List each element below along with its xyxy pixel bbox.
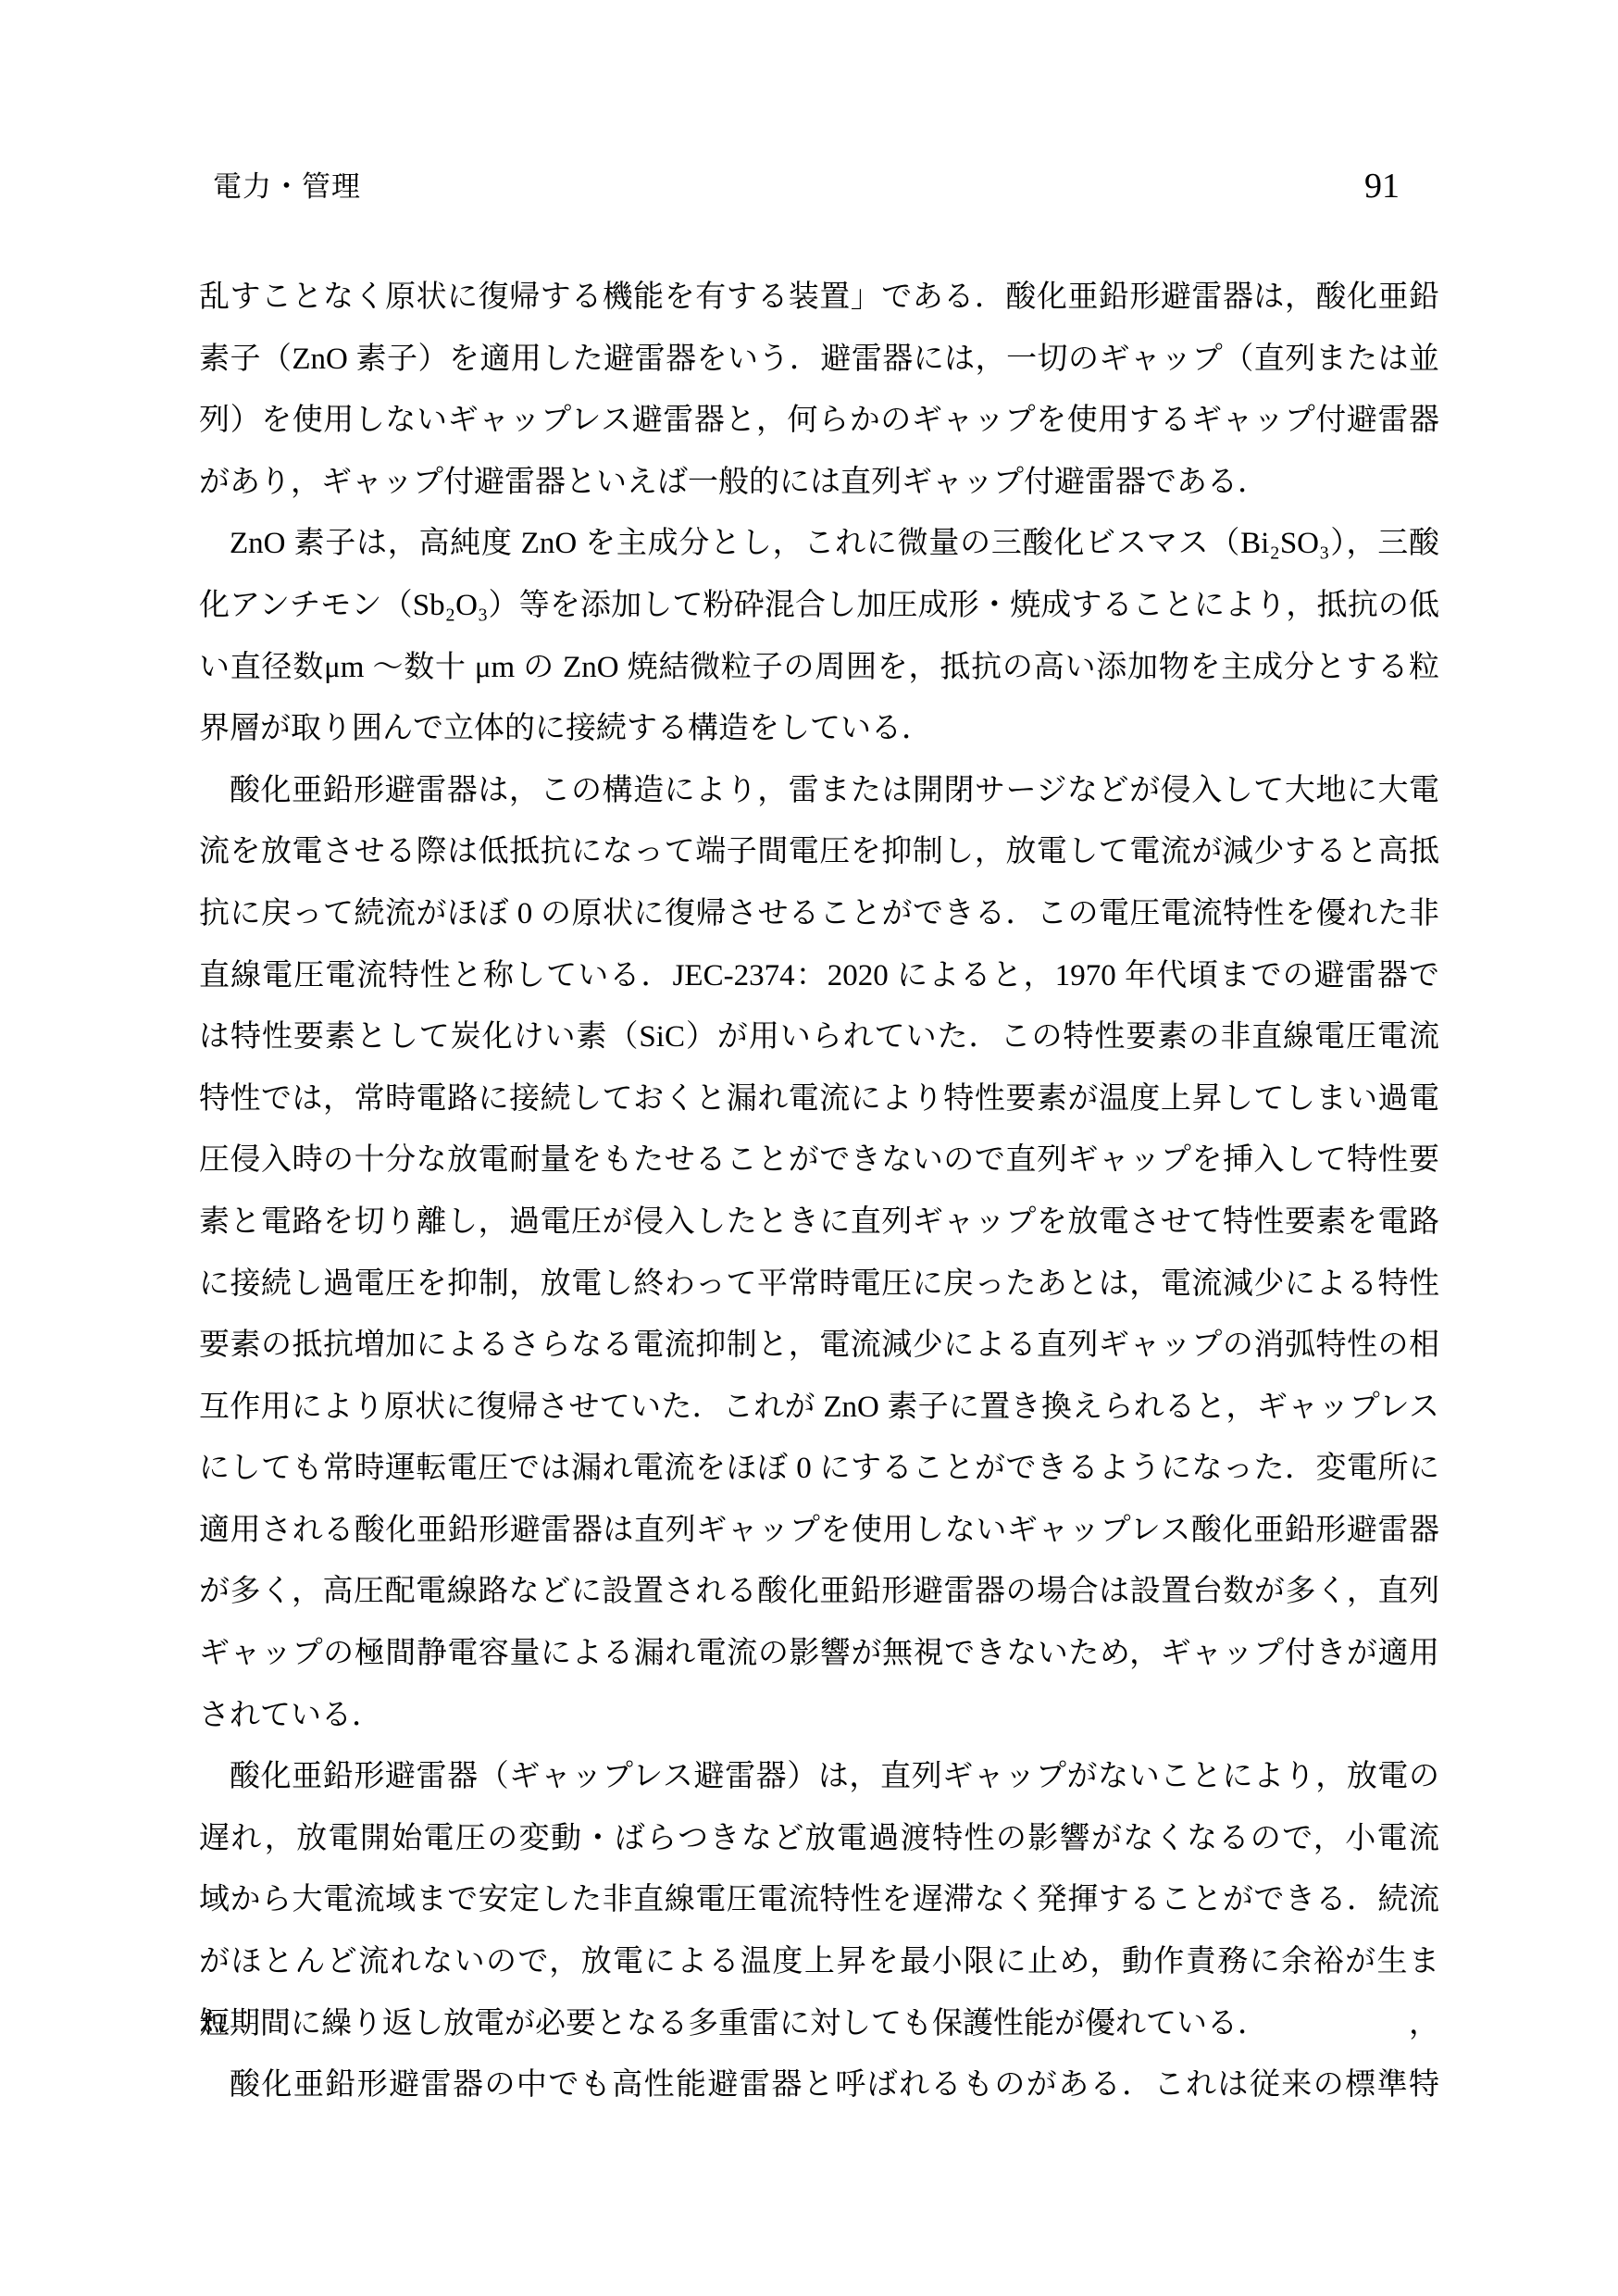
text-line: い直径数μm 〜数十 μm の ZnO 焼結微粒子の周囲を，抵抗の高い添加物を主… xyxy=(199,637,1439,699)
text-line: に接続し過電圧を抑制，放電し終わって平常時電圧に戻ったあとは，電流減少による特性 xyxy=(199,1254,1439,1316)
page-number: 91 xyxy=(1364,167,1400,206)
text-line: ZnO 素子は，高純度 ZnO を主成分とし，これに微量の三酸化ビスマス（Bi₂… xyxy=(199,513,1439,575)
text-line: 適用される酸化亜鉛形避雷器は直列ギャップを使用しないギャップレス酸化亜鉛形避雷器 xyxy=(199,1500,1439,1562)
text-line: 酸化亜鉛形避雷器は，この構造により，雷または開閉サージなどが侵入して大地に大電 xyxy=(199,760,1439,822)
text-line: 界層が取り囲んで立体的に接続する構造をしている． xyxy=(199,698,1439,760)
text-line: が多く，高圧配電線路などに設置される酸化亜鉛形避雷器の場合は設置台数が多く，直列 xyxy=(199,1561,1439,1623)
text-line: 列）を使用しないギャップレス避雷器と，何らかのギャップを使用するギャップ付避雷器 xyxy=(199,390,1439,452)
text-line: 化アンチモン（Sb₂O₃）等を添加して粉砕混合し加圧成形・焼成することにより，抵… xyxy=(199,575,1439,637)
text-line: 遅れ，放電開始電圧の変動・ばらつきなど放電過渡特性の影響がなくなるので，小電流 xyxy=(199,1808,1439,1870)
text-line: されている． xyxy=(199,1685,1439,1747)
text-line: がほとんど流れないので，放電による温度上昇を最小限に止め，動作責務に余裕が生まれ… xyxy=(199,1931,1439,1993)
text-line: は特性要素として炭化けい素（SiC）が用いられていた．この特性要素の非直線電圧電… xyxy=(199,1006,1439,1068)
text-line: 酸化亜鉛形避雷器の中でも高性能避雷器と呼ばれるものがある．これは従来の標準特 xyxy=(199,2054,1439,2116)
text-line: 酸化亜鉛形避雷器（ギャップレス避雷器）は，直列ギャップがないことにより，放電の xyxy=(199,1746,1439,1808)
text-line: 特性では，常時電路に接続しておくと漏れ電流により特性要素が温度上昇してしまい過電 xyxy=(199,1068,1439,1130)
text-line: 直線電圧電流特性と称している．JEC-2374：2020 によると，1970 年… xyxy=(199,945,1439,1007)
running-head: 電力・管理 xyxy=(213,170,361,204)
text-line: 素子（ZnO 素子）を適用した避雷器をいう．避雷器には，一切のギャップ（直列また… xyxy=(199,329,1439,391)
text-line: 域から大電流域まで安定した非直線電圧電流特性を遅滞なく発揮することができる．続流 xyxy=(199,1869,1439,1931)
text-line: にしても常時運転電圧では漏れ電流をほぼ 0 にすることができるようになった．変電… xyxy=(199,1438,1439,1500)
document-page: 電力・管理 91 乱すことなく原状に復帰する機能を有する装置」である．酸化亜鉛形… xyxy=(0,0,1618,2296)
text-line: ギャップの極間静電容量による漏れ電流の影響が無視できないため，ギャップ付きが適用 xyxy=(199,1623,1439,1685)
text-line: 流を放電させる際は低抵抗になって端子間電圧を抑制し，放電して電流が減少すると高抵 xyxy=(199,821,1439,883)
body-text: 乱すことなく原状に復帰する機能を有する装置」である．酸化亜鉛形避雷器は，酸化亜鉛… xyxy=(199,267,1439,2116)
text-line: 互作用により原状に復帰させていた．これが ZnO 素子に置き換えられると，ギャッ… xyxy=(199,1377,1439,1439)
text-line: 要素の抵抗増加によるさらなる電流抑制と，電流減少による直列ギャップの消弧特性の相 xyxy=(199,1315,1439,1377)
text-line: 圧侵入時の十分な放電耐量をもたせることができないので直列ギャップを挿入して特性要 xyxy=(199,1129,1439,1192)
text-line: 素と電路を切り離し，過電圧が侵入したときに直列ギャップを放電させて特性要素を電路 xyxy=(199,1192,1439,1254)
text-line: 短期間に繰り返し放電が必要となる多重雷に対しても保護性能が優れている． xyxy=(199,1993,1439,2055)
text-line: があり，ギャップ付避雷器といえば一般的には直列ギャップ付避雷器である． xyxy=(199,452,1439,514)
text-line: 乱すことなく原状に復帰する機能を有する装置」である．酸化亜鉛形避雷器は，酸化亜鉛 xyxy=(199,267,1439,329)
text-line: 抗に戻って続流がほぼ 0 の原状に復帰させることができる．この電圧電流特性を優れ… xyxy=(199,883,1439,945)
